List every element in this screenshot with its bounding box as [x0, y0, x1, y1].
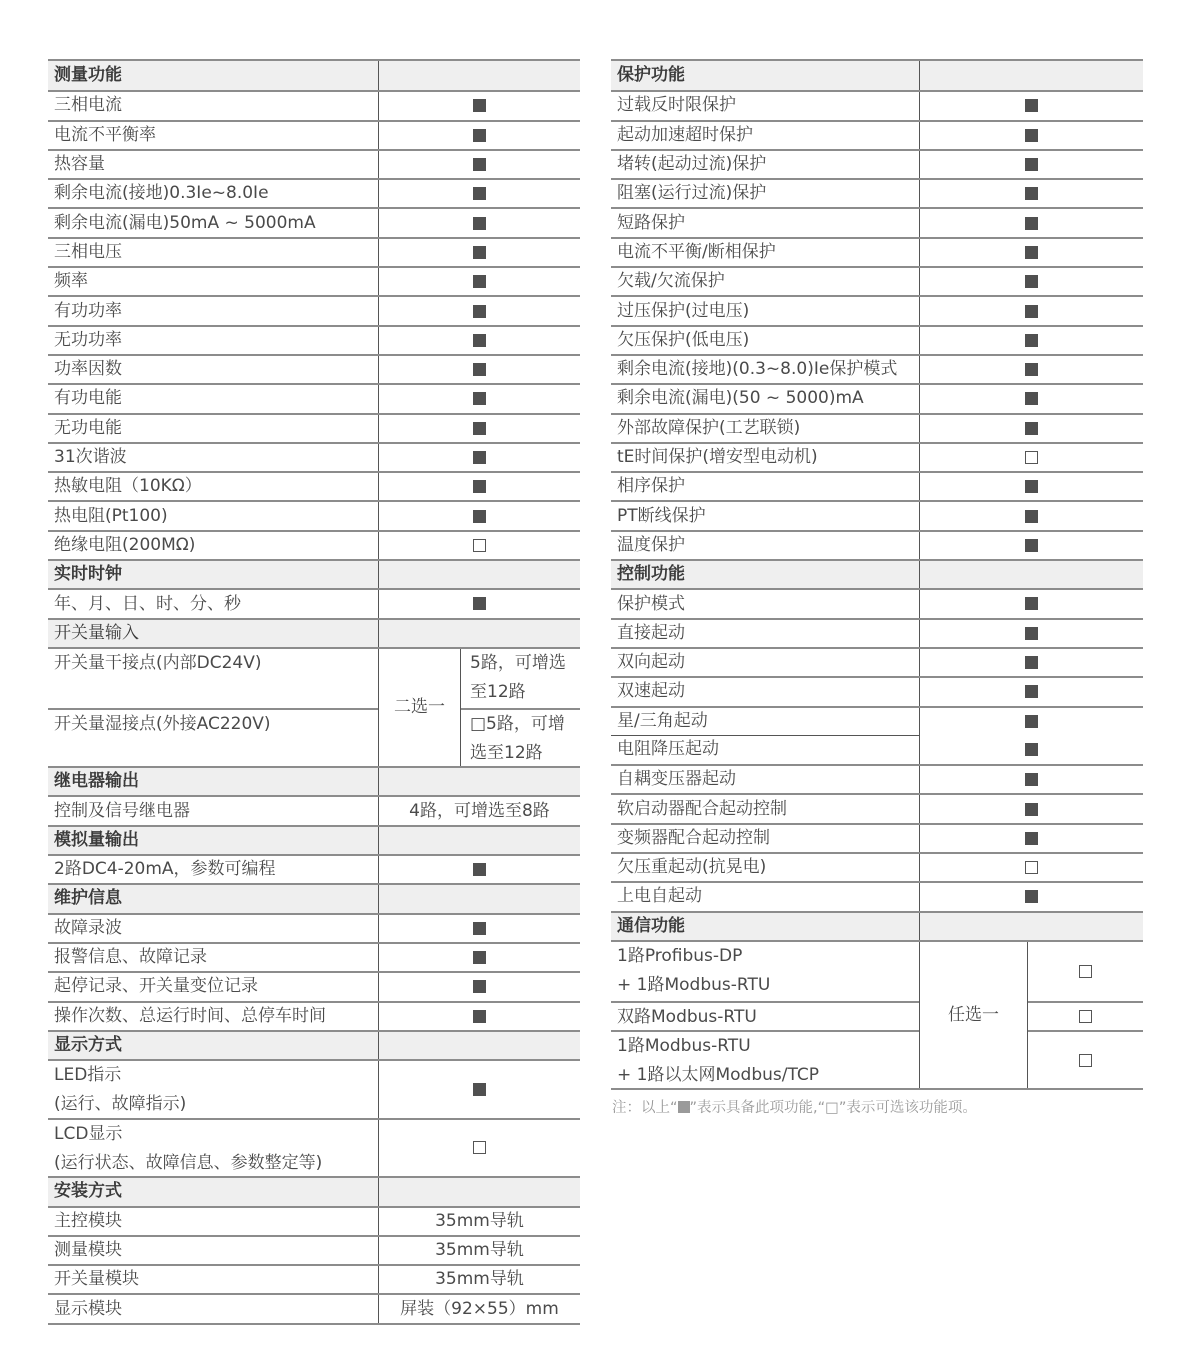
feature-label: 过压保护(过电压) [617, 297, 749, 326]
feature-label: 报警信息、故障记录 [54, 943, 207, 972]
group-label: 任选一 [948, 1001, 999, 1030]
feature-included-icon [1025, 334, 1038, 347]
table-row: 热敏电阻（10KΩ） [48, 471, 580, 500]
feature-label: 三相电压 [54, 238, 122, 267]
feature-included-icon [473, 217, 486, 230]
feature-included-icon [473, 422, 486, 435]
table-row: 热容量 [48, 149, 580, 178]
table-row: 上电自起动 [611, 881, 1143, 910]
feature-label: 自耦变压器起动 [617, 765, 736, 794]
feature-included-icon [473, 246, 486, 259]
feature-optional-icon [1079, 965, 1092, 978]
table-row: LED指示(运行、故障指示) [48, 1059, 580, 1118]
table-row: 起停记录、开关量变位记录 [48, 971, 580, 1000]
label-line: (运行状态、故障信息、参数整定等) [54, 1149, 322, 1178]
table-row: 过载反时限保护 [611, 90, 1143, 119]
table-row: 起动加速超时保护 [611, 120, 1143, 149]
feature-label: 2路DC4-20mA，参数可编程 [54, 855, 276, 884]
section-header: 显示方式 [48, 1030, 580, 1059]
table-row: 剩余电流(漏电)50mA ~ 5000mA [48, 207, 580, 236]
feature-included-icon [1025, 597, 1038, 610]
feature-label: 上电自起动 [617, 882, 702, 911]
table-row: 欠压重起动(抗晃电) [611, 852, 1143, 881]
table-row: 剩余电流(漏电)(50 ~ 5000)mA [611, 383, 1143, 412]
table-row: 控制及信号继电器4路，可增选至8路 [48, 795, 580, 824]
section-title: 显示方式 [54, 1031, 122, 1060]
feature-label: 电流不平衡/断相保护 [617, 238, 776, 267]
feature-included-icon [1025, 685, 1038, 698]
table-row: 剩余电流(接地)0.3Ie~8.0Ie [48, 178, 580, 207]
feature-included-icon [473, 158, 486, 171]
feature-included-icon [473, 597, 486, 610]
feature-label: 外部故障保护(工艺联锁) [617, 414, 800, 443]
table-row: 频率 [48, 266, 580, 295]
feature-label: 绝缘电阻(200MΩ) [54, 531, 195, 560]
feature-label: 1路Modbus-RTU+ 1路以太网Modbus/TCP [611, 1030, 919, 1089]
section-title: 控制功能 [617, 560, 685, 589]
value-line: □5路，可增 [470, 710, 565, 739]
feature-included-icon [1025, 832, 1038, 845]
table-row: 31次谐波 [48, 442, 580, 471]
feature-optional-icon [1025, 451, 1038, 464]
label-line: + 1路Modbus-RTU [617, 971, 770, 1000]
feature-included-icon [1025, 363, 1038, 376]
filled-square-icon [678, 1101, 690, 1113]
table-row: 欠载/欠流保护 [611, 266, 1143, 295]
feature-included-icon [1025, 246, 1038, 259]
feature-label: 有功电能 [54, 384, 122, 413]
feature-label: 功率因数 [54, 355, 122, 384]
feature-included-icon [473, 275, 486, 288]
feature-included-icon [1025, 305, 1038, 318]
feature-label: 操作次数、总运行时间、总停车时间 [54, 1002, 326, 1031]
feature-label: 电阻降压起动 [617, 735, 719, 764]
section-header: 维护信息 [48, 883, 580, 912]
feature-optional-icon [1025, 861, 1038, 874]
table-row: 测量模块35mm导轨 [48, 1235, 580, 1264]
feature-label: 热敏电阻（10KΩ） [54, 472, 202, 501]
feature-included-icon [1025, 715, 1038, 728]
table-row: 变频器配合起动控制 [611, 823, 1143, 852]
feature-label: 无功功率 [54, 326, 122, 355]
feature-value: 35mm导轨 [435, 1265, 524, 1294]
table-row: 阻塞(运行过流)保护 [611, 178, 1143, 207]
feature-label: 剩余电流(接地)0.3Ie~8.0Ie [54, 179, 269, 208]
legend-note: 注：以上“”表示具备此项功能,“□”表示可选该功能项。 [612, 1096, 977, 1117]
table-row: LCD显示(运行状态、故障信息、参数整定等) [48, 1118, 580, 1177]
table-row: 外部故障保护(工艺联锁) [611, 413, 1143, 442]
table-row: 短路保护 [611, 207, 1143, 236]
feature-label: 直接起动 [617, 619, 685, 648]
feature-label: 温度保护 [617, 531, 685, 560]
feature-label: 无功电能 [54, 414, 122, 443]
feature-label: PT断线保护 [617, 502, 706, 531]
feature-label: 热容量 [54, 150, 105, 179]
table-row: 主控模块35mm导轨 [48, 1206, 580, 1235]
feature-value: 35mm导轨 [435, 1236, 524, 1265]
table-row: 电流不平衡/断相保护 [611, 237, 1143, 266]
feature-included-icon [473, 129, 486, 142]
feature-included-icon [1025, 187, 1038, 200]
feature-label: 剩余电流(接地)(0.3~8.0)Ie保护模式 [617, 355, 897, 384]
label-line: 1路Modbus-RTU [617, 1032, 751, 1061]
feature-label: 电流不平衡率 [54, 121, 156, 150]
section-title: 开关量输入 [54, 619, 139, 648]
table-row: 故障录波 [48, 913, 580, 942]
group-label: 二选一 [394, 693, 445, 722]
table-row: 三相电压 [48, 237, 580, 266]
feature-included-icon [473, 363, 486, 376]
feature-included-icon [473, 510, 486, 523]
section-header: 保护功能 [611, 61, 1143, 90]
table-row: 电阻降压起动 [611, 735, 1143, 764]
feature-included-icon [473, 480, 486, 493]
table-row: 无功功率 [48, 325, 580, 354]
table-row: 温度保护 [611, 530, 1143, 559]
feature-included-icon [1025, 510, 1038, 523]
section-title: 维护信息 [54, 884, 122, 913]
table-row: 显示模块屏装（92×55）mm [48, 1293, 580, 1322]
feature-label: 欠载/欠流保护 [617, 267, 725, 296]
section-header: 通信功能 [611, 911, 1143, 940]
section-title: 安装方式 [54, 1177, 122, 1206]
feature-label: 测量模块 [54, 1236, 122, 1265]
feature-label: 显示模块 [54, 1295, 122, 1324]
table-row: 相序保护 [611, 471, 1143, 500]
feature-label: tE时间保护(增安型电动机) [617, 443, 818, 472]
feature-label: 频率 [54, 267, 88, 296]
label-line: (运行、故障指示) [54, 1090, 186, 1119]
table-row: 双向起动 [611, 647, 1143, 676]
table-row: PT断线保护 [611, 500, 1143, 529]
feature-included-icon [1025, 217, 1038, 230]
table-row: 无功电能 [48, 413, 580, 442]
feature-label: 主控模块 [54, 1207, 122, 1236]
feature-value: 35mm导轨 [435, 1207, 524, 1236]
feature-label: 相序保护 [617, 472, 685, 501]
table-row: 绝缘电阻(200MΩ) [48, 530, 580, 559]
feature-label: 热电阻(Pt100) [54, 502, 168, 531]
section-header: 安装方式 [48, 1176, 580, 1205]
table-row: 年、月、日、时、分、秒 [48, 588, 580, 617]
option-group: 1路Profibus-DP+ 1路Modbus-RTU双路Modbus-RTU1… [611, 940, 1143, 1088]
table-row: 有功电能 [48, 383, 580, 412]
feature-value: 4路，可增选至8路 [409, 797, 550, 826]
feature-optional-icon [473, 539, 486, 552]
feature-value: 屏装（92×55）mm [400, 1295, 559, 1324]
table-row: 软启动器配合起动控制 [611, 793, 1143, 822]
label-text: 双路Modbus-RTU [617, 1003, 757, 1032]
value-line: 5路，可增选 [470, 649, 566, 678]
table-row: 直接起动 [611, 618, 1143, 647]
feature-included-icon [473, 1083, 486, 1096]
feature-label: 欠压保护(低电压) [617, 326, 749, 355]
value-line: 选至12路 [470, 739, 543, 768]
table-row: tE时间保护(增安型电动机) [611, 442, 1143, 471]
feature-label: 控制及信号继电器 [54, 797, 190, 826]
table-row: 星/三角起动 [611, 706, 1143, 735]
feature-label: 起停记录、开关量变位记录 [54, 972, 258, 1001]
table-row: 热电阻(Pt100) [48, 500, 580, 529]
table-row: 保护模式 [611, 588, 1143, 617]
feature-included-icon [473, 334, 486, 347]
feature-optional-icon [1079, 1054, 1092, 1067]
feature-included-icon [473, 392, 486, 405]
section-header: 实时时钟 [48, 559, 580, 588]
label-text: 开关量干接点(内部DC24V) [54, 649, 262, 678]
feature-included-icon [1025, 392, 1038, 405]
feature-label: 双向起动 [617, 648, 685, 677]
table-row: 三相电流 [48, 90, 580, 119]
label-line: 1路Profibus-DP [617, 942, 742, 971]
feature-included-icon [1025, 539, 1038, 552]
feature-label: 1路Profibus-DP+ 1路Modbus-RTU [611, 942, 919, 1001]
feature-label: 剩余电流(漏电)50mA ~ 5000mA [54, 209, 316, 238]
label-line: + 1路以太网Modbus/TCP [617, 1061, 819, 1090]
feature-included-icon [1025, 743, 1038, 756]
feature-included-icon [1025, 158, 1038, 171]
feature-label: 起动加速超时保护 [617, 121, 753, 150]
feature-label: 开关量模块 [54, 1265, 139, 1294]
label-text: 开关量湿接点(外接AC220V) [54, 710, 271, 739]
feature-label: 星/三角起动 [617, 707, 708, 736]
feature-included-icon [1025, 773, 1038, 786]
feature-included-icon [1025, 129, 1038, 142]
feature-label: 双路Modbus-RTU [611, 1001, 919, 1030]
section-title: 保护功能 [617, 61, 685, 90]
feature-label: 故障录波 [54, 914, 122, 943]
section-header: 控制功能 [611, 559, 1143, 588]
feature-label: 开关量湿接点(外接AC220V) [48, 708, 378, 767]
feature-label: 三相电流 [54, 91, 122, 120]
table-row: 功率因数 [48, 354, 580, 383]
feature-included-icon [1025, 480, 1038, 493]
feature-label: 欠压重起动(抗晃电) [617, 853, 766, 882]
feature-included-icon [473, 922, 486, 935]
feature-included-icon [1025, 803, 1038, 816]
table-row: 剩余电流(接地)(0.3~8.0)Ie保护模式 [611, 354, 1143, 383]
protection-spec-table: 保护功能过载反时限保护起动加速超时保护堵转(起动过流)保护阻塞(运行过流)保护短… [611, 59, 1143, 1090]
label-line: LED指示 [54, 1061, 121, 1090]
table-row: 有功功率 [48, 295, 580, 324]
feature-label: 31次谐波 [54, 443, 127, 472]
feature-included-icon [1025, 627, 1038, 640]
table-row: 开关量模块35mm导轨 [48, 1264, 580, 1293]
feature-label: 双速起动 [617, 677, 685, 706]
feature-label: 过载反时限保护 [617, 91, 736, 120]
option-group: 开关量干接点(内部DC24V)开关量湿接点(外接AC220V)二选一5路，可增选… [48, 647, 580, 766]
feature-included-icon [1025, 890, 1038, 903]
section-title: 继电器输出 [54, 767, 139, 796]
feature-included-icon [1025, 422, 1038, 435]
table-row: 报警信息、故障记录 [48, 942, 580, 971]
feature-included-icon [473, 99, 486, 112]
section-header: 开关量输入 [48, 618, 580, 647]
feature-included-icon [1025, 99, 1038, 112]
feature-included-icon [473, 951, 486, 964]
section-title: 模拟量输出 [54, 826, 139, 855]
feature-included-icon [473, 1010, 486, 1023]
feature-label: 剩余电流(漏电)(50 ~ 5000)mA [617, 384, 864, 413]
table-row: 双速起动 [611, 676, 1143, 705]
table-row: 欠压保护(低电压) [611, 325, 1143, 354]
feature-optional-icon [473, 1141, 486, 1154]
label-line: LCD显示 [54, 1120, 122, 1149]
table-row: 过压保护(过电压) [611, 295, 1143, 324]
table-row: 2路DC4-20mA，参数可编程 [48, 854, 580, 883]
feature-included-icon [1025, 656, 1038, 669]
feature-label: 堵转(起动过流)保护 [617, 150, 766, 179]
section-header: 继电器输出 [48, 766, 580, 795]
feature-included-icon [473, 980, 486, 993]
table-row: 堵转(起动过流)保护 [611, 149, 1143, 178]
feature-included-icon [473, 187, 486, 200]
table-row: 电流不平衡率 [48, 120, 580, 149]
feature-label: 开关量干接点(内部DC24V) [48, 649, 378, 708]
value-line: 至12路 [470, 678, 526, 707]
feature-included-icon [473, 863, 486, 876]
feature-included-icon [1025, 275, 1038, 288]
section-header: 测量功能 [48, 61, 580, 90]
section-title: 通信功能 [617, 912, 685, 941]
feature-label: 变频器配合起动控制 [617, 824, 770, 853]
feature-included-icon [473, 451, 486, 464]
feature-label: 软启动器配合起动控制 [617, 795, 787, 824]
feature-label: 短路保护 [617, 209, 685, 238]
feature-label: 保护模式 [617, 590, 685, 619]
feature-label: 阻塞(运行过流)保护 [617, 179, 766, 208]
measurement-spec-table: 测量功能三相电流电流不平衡率热容量剩余电流(接地)0.3Ie~8.0Ie剩余电流… [48, 59, 580, 1325]
section-title: 测量功能 [54, 61, 122, 90]
table-row: 操作次数、总运行时间、总停车时间 [48, 1001, 580, 1030]
section-title: 实时时钟 [54, 560, 122, 589]
feature-included-icon [473, 305, 486, 318]
feature-label: 年、月、日、时、分、秒 [54, 590, 241, 619]
feature-optional-icon [1079, 1010, 1092, 1023]
table-row: 自耦变压器起动 [611, 764, 1143, 793]
section-header: 模拟量输出 [48, 825, 580, 854]
feature-label: 有功功率 [54, 297, 122, 326]
